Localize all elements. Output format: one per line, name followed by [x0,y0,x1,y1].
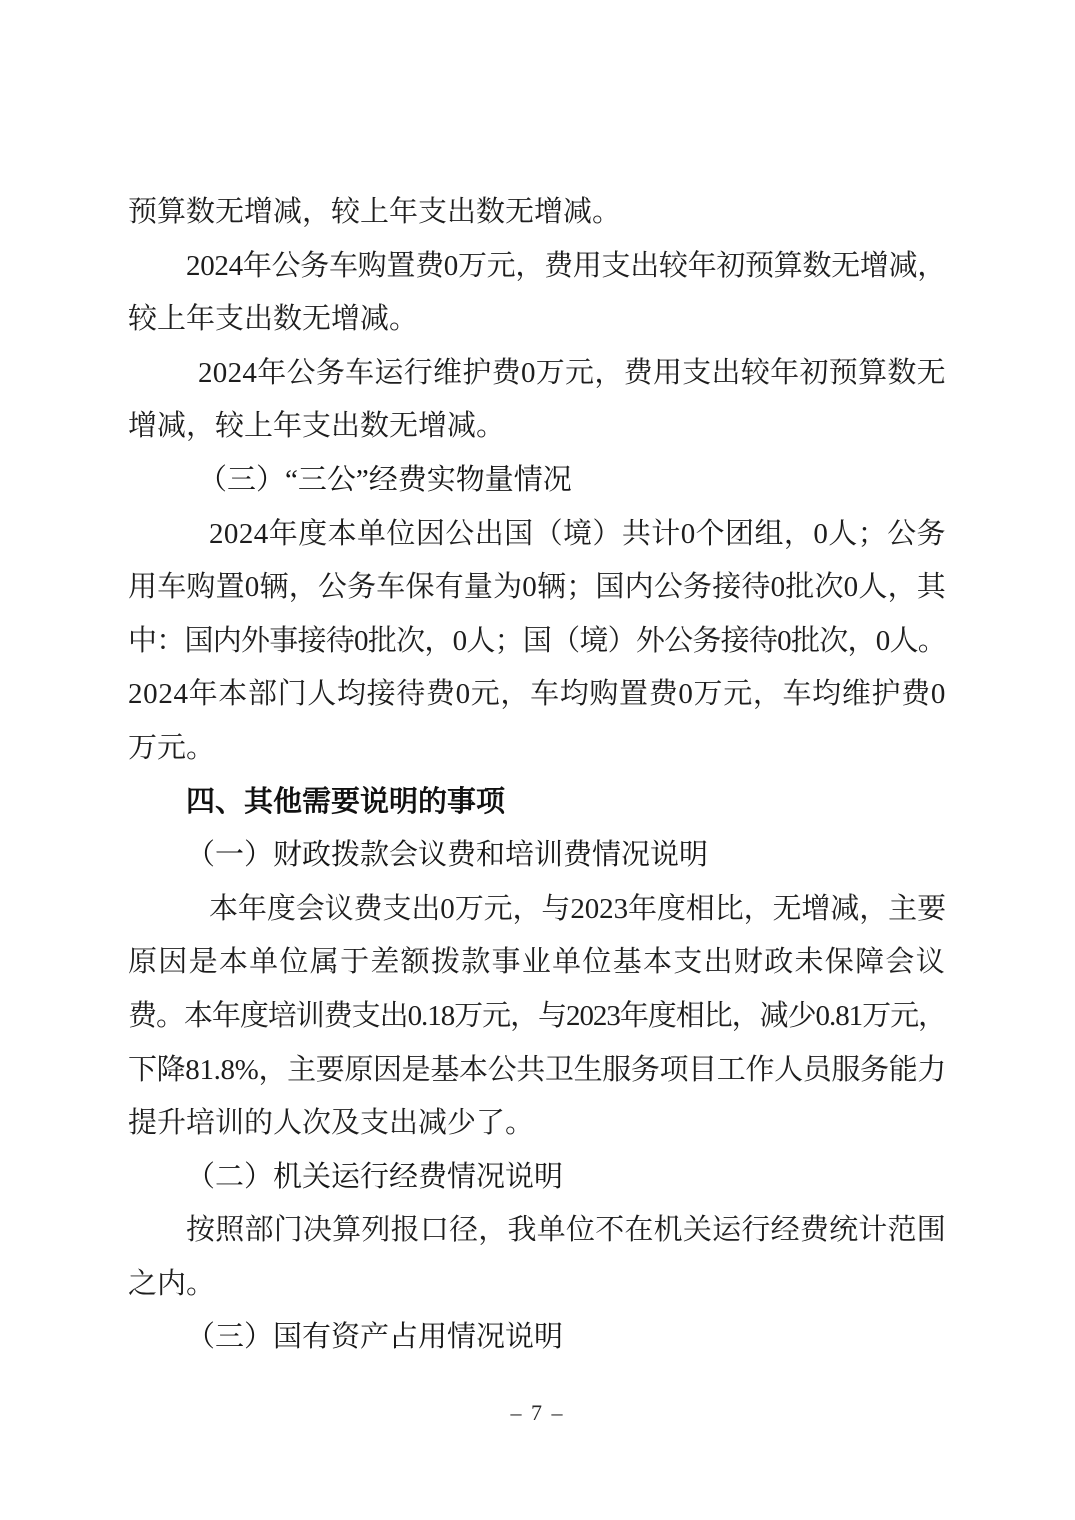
text-line: 原因是本单位属于差额拨款事业单位基本支出财政未保障会议 [128,936,946,990]
text-line: 2024年公务车运行维护费0万元，费用支出较年初预算数无 [128,347,946,401]
section-heading: （三）“三公”经费实物量情况 [128,454,946,508]
text-line: 用车购置0辆，公务车保有量为0辆；国内公务接待0批次0人，其 [128,561,946,615]
text-line: 按照部门决算列报口径，我单位不在机关运行经费统计范围 [128,1204,946,1258]
text-line: 增减，较上年支出数无增减。 [128,400,946,454]
text-line: 下降81.8%，主要原因是基本公共卫生服务项目工作人员服务能力 [128,1044,946,1098]
text-line: 预算数无增减，较上年支出数无增减。 [128,186,946,240]
text-line: 提升培训的人次及支出减少了。 [128,1097,946,1151]
page-number: – 7 – [0,1400,1075,1426]
text-line: 较上年支出数无增减。 [128,293,946,347]
text-line: 中：国内外事接待0批次，0人；国（境）外公务接待0批次，0人。 [128,615,946,669]
document-body: 预算数无增减，较上年支出数无增减。2024年公务车购置费0万元，费用支出较年初预… [128,186,946,1365]
section-heading: （二）机关运行经费情况说明 [128,1151,946,1205]
text-line: 本年度会议费支出0万元，与2023年度相比，无增减，主要 [128,883,946,937]
text-line: 2024年本部门人均接待费0元，车均购置费0万元，车均维护费0 [128,668,946,722]
text-line: 费。本年度培训费支出0.18万元，与2023年度相比，减少0.81万元， [128,990,946,1044]
text-line: 万元。 [128,722,946,776]
text-line: 2024年公务车购置费0万元，费用支出较年初预算数无增减， [128,240,946,294]
section-heading: （一）财政拨款会议费和培训费情况说明 [128,829,946,883]
section-heading: （三）国有资产占用情况说明 [128,1311,946,1365]
text-line: 2024年度本单位因公出国（境）共计0个团组，0人；公务 [128,508,946,562]
text-line: 之内。 [128,1258,946,1312]
section-heading: 四、其他需要说明的事项 [128,776,946,830]
document-page: 预算数无增减，较上年支出数无增减。2024年公务车购置费0万元，费用支出较年初预… [0,0,1075,1520]
